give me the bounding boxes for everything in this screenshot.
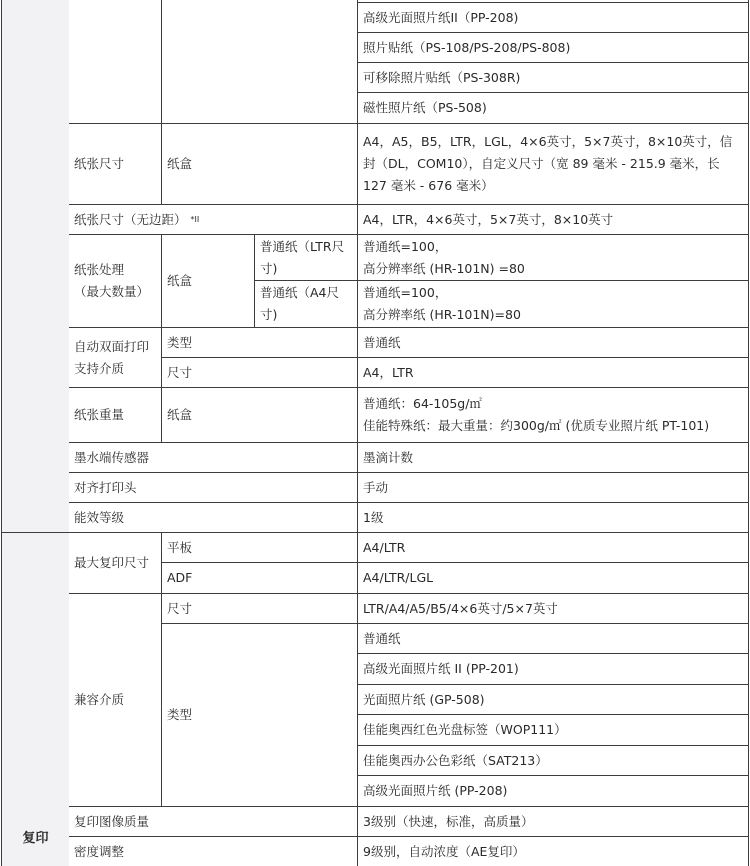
paper-size-source-cell: 纸盒: [162, 124, 358, 205]
paper-size-source: 纸盒: [167, 153, 192, 175]
spec-table: 高级光面照片纸II（PP-208) 照片贴纸（PS-108/PS-208/PS-…: [0, 0, 750, 866]
paper-handling-type-ltr: 普通纸（LTR尺寸): [255, 235, 358, 281]
compatible-type-row: 佳能奥西办公色彩纸（SAT213）: [358, 746, 749, 776]
media-type-row: 高级光面照片纸II（PP-208): [358, 3, 749, 33]
compatible-type-value: 普通纸: [363, 628, 401, 650]
paper-handling-value: 高分辨率纸 (HR-101N) =80: [363, 258, 525, 280]
duplex-sublabel: 支持介质: [74, 358, 124, 380]
paper-size-label: 纸张尺寸: [74, 153, 124, 175]
head-alignment-label-cell: 对齐打印头: [69, 473, 358, 503]
duplex-value-cell: 普通纸: [358, 328, 749, 358]
head-alignment-value-cell: 手动: [358, 473, 749, 503]
borderless-value: A4，LTR，4×6英寸，5×7英寸，8×10英寸: [363, 209, 613, 231]
image-quality-value: 3级别（快速，标准，高质量）: [363, 811, 533, 833]
paper-handling-value-ltr: 普通纸=100， 高分辨率纸 (HR-101N) =80: [358, 235, 749, 281]
paper-handling-label: 纸张处理: [74, 259, 124, 281]
density-label: 密度调整: [74, 841, 124, 863]
borderless-label-cell: 纸张尺寸（无边距）*II: [69, 205, 358, 235]
media-label-cell: [69, 0, 162, 124]
image-quality-label-cell: 复印图像质量: [69, 807, 358, 837]
head-alignment-value: 手动: [363, 477, 388, 499]
paper-weight-value: 佳能特殊纸：最大重量：约300g/㎡ (优质专业照片纸 PT-101): [363, 415, 709, 437]
energy-grade-value-cell: 1级: [358, 503, 749, 533]
compatible-type-row: 高级光面照片纸 II (PP-201): [358, 654, 749, 685]
compatible-type-value: 佳能奥西红色光盘标签（WOP111）: [363, 719, 567, 741]
category-print-cell: [1, 0, 70, 533]
duplex-value-cell: A4，LTR: [358, 358, 749, 388]
image-quality-value-cell: 3级别（快速，标准，高质量）: [358, 807, 749, 837]
density-value-cell: 9级别，自动浓度（AE复印）: [358, 837, 749, 866]
duplex-key: 类型: [167, 332, 192, 354]
category-copy-cell: 复印: [1, 533, 70, 866]
compatible-type-key-cell: 类型: [162, 624, 358, 807]
compatible-type-key: 类型: [167, 704, 192, 726]
max-copy-key-cell: 平板: [162, 533, 358, 563]
paper-weight-label-cell: 纸张重量: [69, 388, 162, 443]
paper-handling-source-cell: 纸盒: [162, 235, 255, 328]
paper-handling-type-a4: 普通纸（A4尺寸): [255, 281, 358, 328]
energy-grade-label-cell: 能效等级: [69, 503, 358, 533]
media-type-text: 照片贴纸（PS-108/PS-208/PS-808): [363, 37, 570, 59]
ink-sensor-label-cell: 墨水端传感器: [69, 443, 358, 473]
media-type-text: 磁性照片纸（PS-508): [363, 97, 487, 119]
paper-handling-label-cell: 纸张处理 （最大数量）: [69, 235, 162, 328]
energy-grade-value: 1级: [363, 507, 383, 529]
category-copy-label: 复印: [22, 828, 48, 850]
media-type-text: 可移除照片贴纸（PS-308R): [363, 67, 520, 89]
max-copy-key-cell: ADF: [162, 563, 358, 594]
max-copy-key: 平板: [167, 537, 192, 559]
media-type-row: 磁性照片纸（PS-508): [358, 93, 749, 124]
max-copy-value: A4/LTR: [363, 537, 405, 559]
max-copy-size-label: 最大复印尺寸: [74, 552, 149, 574]
energy-grade-label: 能效等级: [74, 507, 124, 529]
max-copy-value-cell: A4/LTR/LGL: [358, 563, 749, 594]
compatible-size-value: LTR/A4/A5/B5/4×6英寸/5×7英寸: [363, 598, 558, 620]
media-type-text: 高级光面照片纸II（PP-208): [363, 7, 518, 29]
compatible-size-key: 尺寸: [167, 598, 192, 620]
ink-sensor-value-cell: 墨滴计数: [358, 443, 749, 473]
paper-size-value-cell: A4，A5，B5，LTR，LGL，4×6英寸，5×7英寸，8×10英寸，信封（D…: [358, 124, 749, 205]
media-type-row: 可移除照片贴纸（PS-308R): [358, 63, 749, 93]
paper-handling-source: 纸盒: [167, 270, 192, 292]
paper-weight-value: 普通纸：64-105g/㎡: [363, 393, 482, 415]
media-sub-cell: [162, 0, 358, 124]
duplex-key-cell: 类型: [162, 328, 358, 358]
max-copy-key: ADF: [167, 567, 192, 589]
duplex-key-cell: 尺寸: [162, 358, 358, 388]
density-value: 9级别，自动浓度（AE复印）: [363, 841, 525, 863]
borderless-label: 纸张尺寸（无边距）: [74, 209, 187, 231]
paper-size-value: A4，A5，B5，LTR，LGL，4×6英寸，5×7英寸，8×10英寸，信封（D…: [363, 131, 743, 197]
media-type-row: 照片贴纸（PS-108/PS-208/PS-808): [358, 33, 749, 63]
compatible-type-row: 光面照片纸 (GP-508): [358, 685, 749, 715]
paper-handling-sublabel: （最大数量）: [74, 281, 149, 303]
paper-weight-value-cell: 普通纸：64-105g/㎡ 佳能特殊纸：最大重量：约300g/㎡ (优质专业照片…: [358, 388, 749, 443]
paper-handling-type: 普通纸（A4尺寸): [260, 282, 352, 326]
paper-handling-value-a4: 普通纸=100， 高分辨率纸 (HR-101N)=80: [358, 281, 749, 328]
paper-handling-value: 普通纸=100，: [363, 282, 447, 304]
compatible-type-row: 普通纸: [358, 624, 749, 654]
duplex-value: 普通纸: [363, 332, 401, 354]
compatible-media-label-cell: 兼容介质: [69, 594, 162, 807]
paper-weight-label: 纸张重量: [74, 404, 124, 426]
duplex-value: A4，LTR: [363, 362, 414, 384]
compatible-media-label: 兼容介质: [74, 689, 124, 711]
head-alignment-label: 对齐打印头: [74, 477, 137, 499]
ink-sensor-value: 墨滴计数: [363, 447, 413, 469]
compatible-size-value-cell: LTR/A4/A5/B5/4×6英寸/5×7英寸: [358, 594, 749, 624]
compatible-type-value: 佳能奥西办公色彩纸（SAT213）: [363, 750, 548, 772]
paper-size-label-cell: 纸张尺寸: [69, 124, 162, 205]
paper-handling-value: 普通纸=100，: [363, 236, 447, 258]
paper-handling-value: 高分辨率纸 (HR-101N)=80: [363, 304, 521, 326]
compatible-type-value: 高级光面照片纸 (PP-208): [363, 780, 507, 802]
compatible-size-key-cell: 尺寸: [162, 594, 358, 624]
ink-sensor-label: 墨水端传感器: [74, 447, 149, 469]
density-label-cell: 密度调整: [69, 837, 358, 866]
borderless-value-cell: A4，LTR，4×6英寸，5×7英寸，8×10英寸: [358, 205, 749, 235]
max-copy-value-cell: A4/LTR: [358, 533, 749, 563]
compatible-type-row: 高级光面照片纸 (PP-208): [358, 776, 749, 807]
compatible-type-value: 光面照片纸 (GP-508): [363, 689, 485, 711]
max-copy-size-label-cell: 最大复印尺寸: [69, 533, 162, 594]
max-copy-value: A4/LTR/LGL: [363, 567, 433, 589]
paper-weight-source-cell: 纸盒: [162, 388, 358, 443]
duplex-label: 自动双面打印: [74, 336, 149, 358]
compatible-type-value: 高级光面照片纸 II (PP-201): [363, 658, 519, 680]
paper-handling-type: 普通纸（LTR尺寸): [260, 236, 352, 280]
compatible-type-row: 佳能奥西红色光盘标签（WOP111）: [358, 715, 749, 746]
paper-weight-source: 纸盒: [167, 404, 192, 426]
duplex-key: 尺寸: [167, 362, 192, 384]
duplex-label-cell: 自动双面打印 支持介质: [69, 328, 162, 388]
image-quality-label: 复印图像质量: [74, 811, 149, 833]
